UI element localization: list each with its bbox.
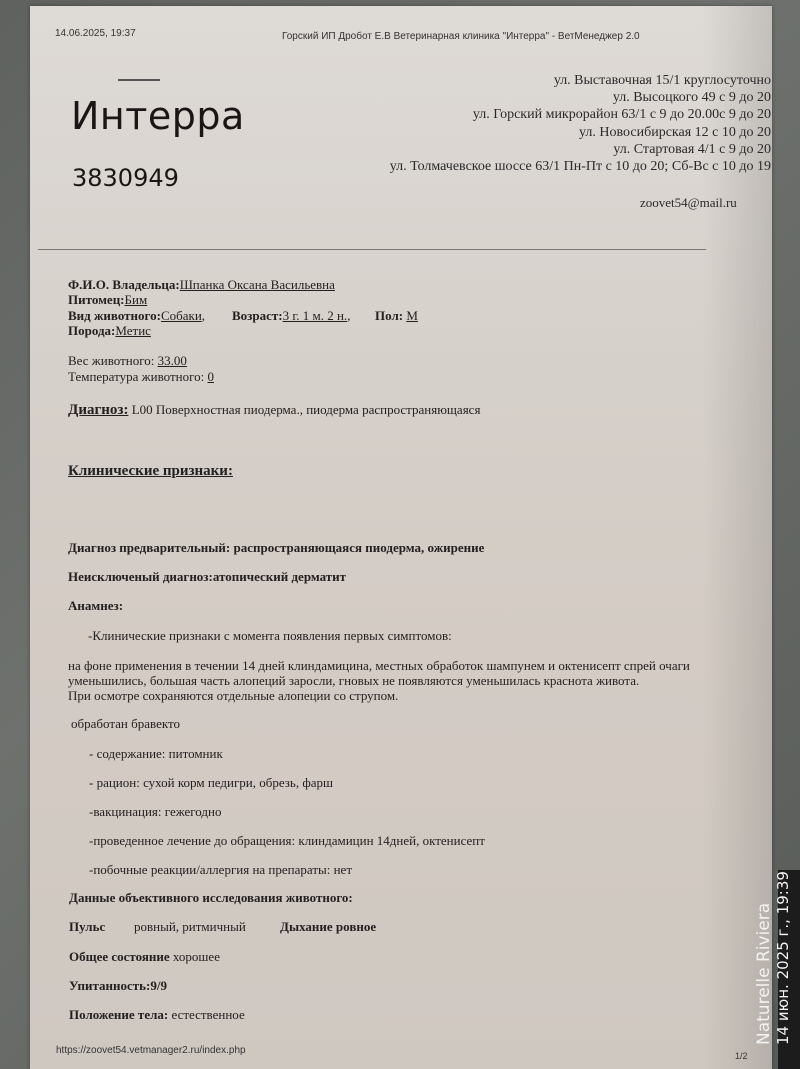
sex-label: Пол: [375, 308, 403, 323]
temperature-label: Температура животного: [68, 369, 204, 384]
pulse-label: Пульс [69, 919, 105, 934]
sex-value: М [406, 308, 418, 323]
address-line: ул. Горский микрорайон 63/1 с 9 до 20.00… [390, 106, 771, 123]
breed-label: Порода: [68, 323, 115, 338]
weight-row: Вес животного: 33.00 [68, 353, 187, 368]
print-title: Горский ИП Дробот Е.В Ветеринарная клини… [282, 31, 640, 42]
address-line: ул. Новосибирская 12 с 10 до 20 [390, 124, 771, 141]
pet-row: Питомец:Бим [68, 292, 147, 307]
header-divider [38, 249, 706, 250]
age-label: Возраст: [232, 308, 283, 323]
pet-value: Бим [125, 292, 148, 307]
weight-value: 33.00 [158, 353, 187, 368]
diagnosis-label: Диагноз: [68, 402, 128, 418]
print-datetime: 14.06.2025, 19:37 [55, 28, 136, 39]
diagnosis-value: L00 Поверхностная пиодерма., пиодерма ра… [132, 402, 481, 417]
species-value: Собаки [161, 308, 202, 323]
address-line: ул. Толмачевское шоссе 63/1 Пн-Пт с 10 д… [390, 158, 771, 175]
owner-label: Ф.И.О. Владельца: [68, 277, 180, 292]
clinic-logo: Интерра [71, 94, 245, 138]
anamnesis-item: -побочные реакции/аллергия на препараты:… [89, 862, 352, 877]
breed-value: Метис [115, 323, 151, 338]
logo-dash [118, 79, 160, 81]
breathing: Дыхание ровное [280, 919, 376, 934]
nutrition: Упитанность:9/9 [69, 978, 167, 993]
preliminary-diagnosis: Диагноз предварительный: распространяюща… [68, 540, 484, 555]
clinical-signs-heading: Клинические признаки: [68, 463, 233, 480]
anamnesis-intro: -Клинические признаки с момента появлени… [88, 628, 452, 643]
clinic-number: 3830949 [72, 164, 179, 192]
owner-row: Ф.И.О. Владельца:Шпанка Оксана Васильевн… [68, 277, 335, 292]
photo-watermark: Naturelle Riviera 14 июн. 2025 г., 19:39 [754, 871, 792, 1045]
age-row: Возраст:3 г. 1 м. 2 н., [232, 308, 350, 323]
address-line: ул. Высоцкого 49 с 9 до 20 [390, 89, 771, 106]
pulse-value: ровный, ритмичный [134, 919, 246, 934]
anamnesis-item: - содержание: питомник [89, 746, 223, 761]
footer-url: https://zoovet54.vetmanager2.ru/index.ph… [56, 1045, 246, 1056]
exam-heading: Данные объективного исследования животно… [69, 890, 353, 905]
anamnesis-item: - рацион: сухой корм педигри, обрезь, фа… [89, 775, 333, 790]
diagnosis-row: Диагноз: L00 Поверхностная пиодерма., пи… [68, 402, 480, 418]
anamnesis-item: -проведенное лечение до обращения: клинд… [89, 833, 485, 848]
address-line: ул. Выставочная 15/1 круглосуточно [390, 72, 771, 89]
anamnesis-paragraph: на фоне применения в течении 14 дней кли… [68, 658, 690, 703]
general-state: Общее состояние хорошее [69, 949, 220, 964]
not-excluded-diagnosis: Неисключеный диагноз:атопический дермати… [68, 569, 346, 584]
age-value: 3 г. 1 м. 2 н. [283, 308, 348, 323]
anamnesis-label: Анамнез: [68, 598, 123, 613]
address-line: ул. Стартовая 4/1 с 9 до 20 [390, 141, 771, 158]
anamnesis-item: -вакцинация: гежегодно [89, 804, 222, 819]
treated-note: обработан бравекто [71, 716, 180, 731]
species-row: Вид животного:Собаки, [68, 308, 205, 323]
temperature-value: 0 [207, 369, 214, 384]
watermark-timestamp: 14 июн. 2025 г., 19:39 [774, 871, 792, 1045]
pet-label: Питомец: [68, 292, 125, 307]
weight-label: Вес животного: [68, 353, 154, 368]
breed-row: Порода:Метис [68, 323, 151, 338]
temperature-row: Температура животного: 0 [68, 369, 214, 384]
sex-row: Пол: М [375, 308, 418, 323]
page-number: 1/2 [735, 1051, 748, 1061]
clinic-email: zoovet54@mail.ru [640, 195, 737, 211]
clinic-addresses: ул. Выставочная 15/1 круглосуточно ул. В… [390, 72, 771, 175]
species-label: Вид животного: [68, 308, 161, 323]
watermark-device: Naturelle Riviera [754, 871, 774, 1045]
body-position: Положение тела: естественное [69, 1007, 245, 1022]
owner-value: Шпанка Оксана Васильевна [180, 277, 335, 292]
